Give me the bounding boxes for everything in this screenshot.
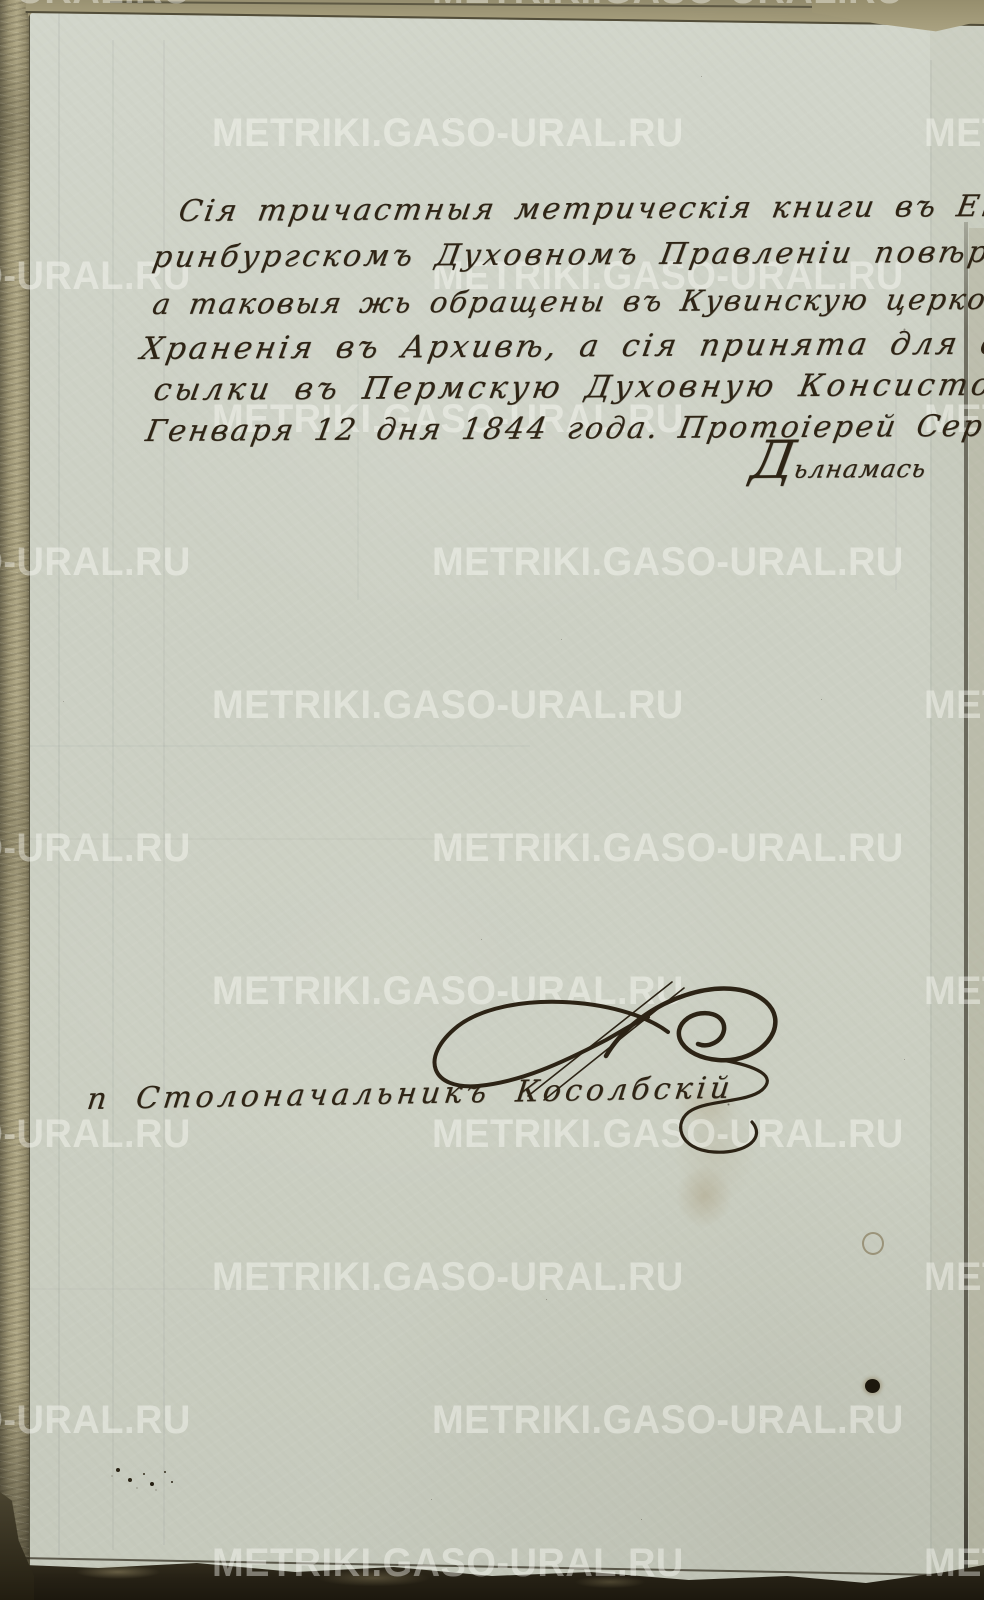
- bleed-line-vertical: [112, 40, 114, 1550]
- ink-speck-cluster: [116, 1468, 120, 1472]
- priest-signature: Дьлнамась: [748, 454, 929, 484]
- bleed-line-horizontal: [30, 1288, 460, 1290]
- manuscript-line-1: Сія тричастныя метрическія книги въ Екат…: [176, 188, 984, 229]
- manuscript-line-2: ринбургскомъ Духовномъ Правленіи повѣрен…: [150, 234, 984, 275]
- document-scan: METRIKI.GASO-URAL.RUMETRIKI.GASO-URAL.RU…: [0, 0, 984, 1600]
- left-torn-edge-texture: [0, 0, 29, 1600]
- bleed-line-horizontal: [30, 745, 530, 747]
- manuscript-line-3: а таковыя жь обращены въ Кувинскую церко…: [150, 281, 984, 321]
- manuscript-line-5: сылки въ Пермскую Духовную Консисторію: [151, 366, 984, 408]
- bottom-edge-mottling: [0, 1560, 984, 1600]
- manuscript-line-4: Храненія въ Архивѣ, а сія принята для от…: [138, 325, 984, 367]
- bleed-line-vertical: [58, 10, 60, 1555]
- ring-stain: [862, 1232, 884, 1255]
- bleed-line-horizontal: [30, 838, 590, 840]
- manuscript-line-6: Генваря 12 дня 1844 года. Протоіерей Сер…: [143, 409, 984, 449]
- ink-blot: [865, 1379, 880, 1393]
